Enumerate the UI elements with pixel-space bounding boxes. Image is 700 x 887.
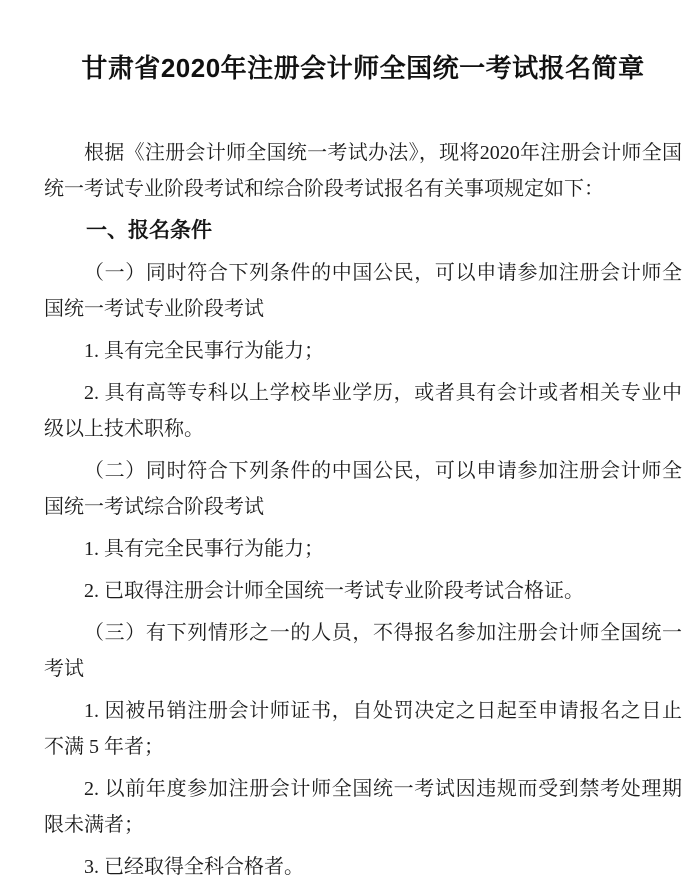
document-title: 甘肃省2020年注册会计师全国统一考试报名简章 xyxy=(44,48,682,88)
paragraph-group3-item-1: 1. 因被吊销注册会计师证书，自处罚决定之日起至申请报名之日止不满 5 年者； xyxy=(44,693,682,765)
paragraph-group3-item-2: 2. 以前年度参加注册会计师全国统一考试因违规而受到禁考处理期限未满者； xyxy=(44,771,682,843)
paragraph-group2-item-2: 2. 已取得注册会计师全国统一考试专业阶段考试合格证。 xyxy=(44,573,682,609)
paragraph-condition-group-2: （二）同时符合下列条件的中国公民，可以申请参加注册会计师全国统一考试综合阶段考试 xyxy=(44,453,682,525)
paragraph-condition-group-3: （三）有下列情形之一的人员，不得报名参加注册会计师全国统一考试 xyxy=(44,615,682,687)
section-heading-registration-conditions: 一、报名条件 xyxy=(44,213,682,249)
paragraph-intro: 根据《注册会计师全国统一考试办法》，现将2020年注册会计师全国统一考试专业阶段… xyxy=(44,135,682,207)
paragraph-condition-group-1: （一）同时符合下列条件的中国公民，可以申请参加注册会计师全国统一考试专业阶段考试 xyxy=(44,255,682,327)
paragraph-group1-item-2: 2. 具有高等专科以上学校毕业学历，或者具有会计或者相关专业中级以上技术职称。 xyxy=(44,375,682,447)
paragraph-group2-item-1: 1. 具有完全民事行为能力； xyxy=(44,531,682,567)
paragraph-group3-item-3: 3. 已经取得全科合格者。 xyxy=(44,849,682,885)
paragraph-group1-item-1: 1. 具有完全民事行为能力； xyxy=(44,333,682,369)
document-page: 甘肃省2020年注册会计师全国统一考试报名简章 根据《注册会计师全国统一考试办法… xyxy=(0,0,700,887)
